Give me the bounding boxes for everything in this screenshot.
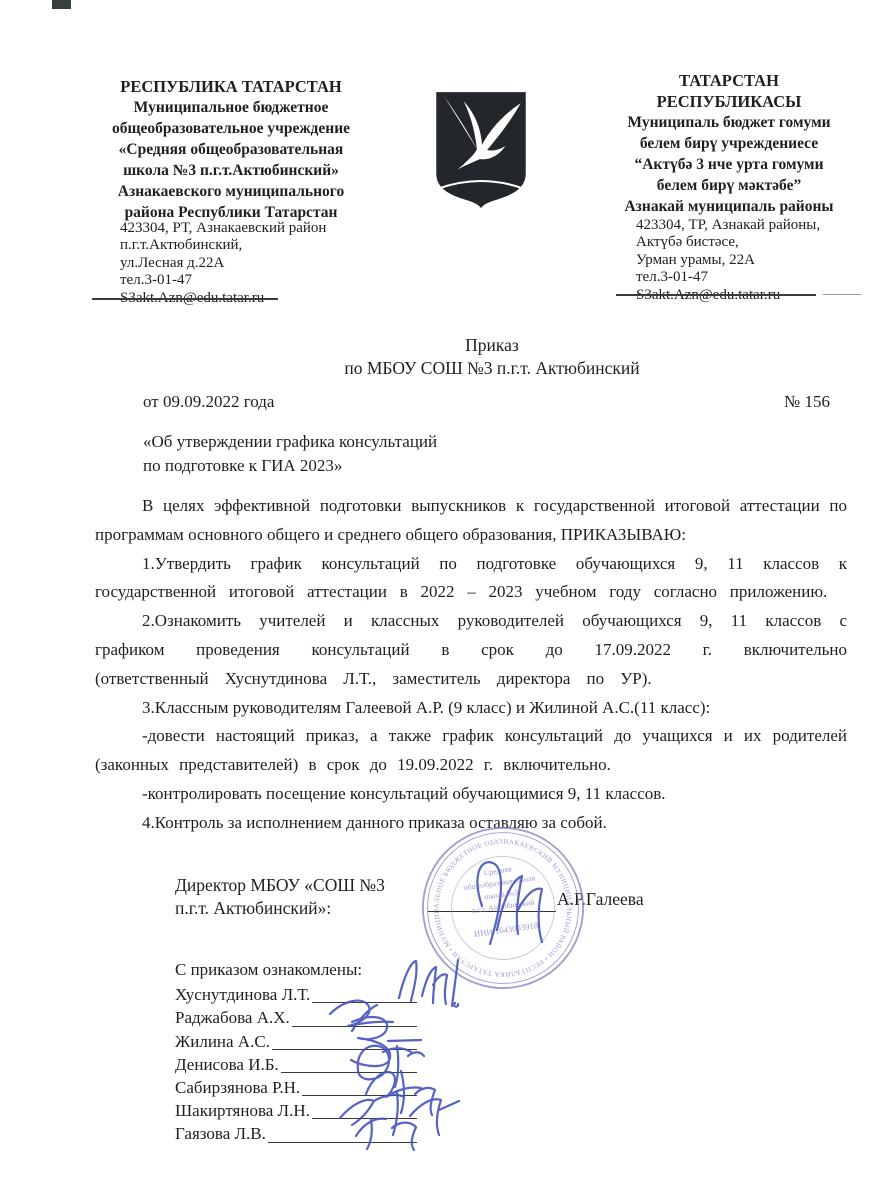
subject-line: по подготовке к ГИА 2023» — [143, 454, 437, 478]
acknowledgment-row: Раджабова А.Х. — [175, 1006, 417, 1029]
acknowledgment-row: Хуснутдинова Л.Т. — [175, 983, 417, 1006]
acknowledgment-row: Жилина А.С. — [175, 1030, 417, 1053]
contact-line: Актүбә бистәсе, — [636, 234, 866, 251]
letterhead-line: Муниципаль бюджет гомуми — [596, 112, 862, 133]
acknowledgment-block: С приказом ознакомлены: Хуснутдинова Л.Т… — [175, 958, 417, 1146]
person-name: Гаязова Л.В. — [175, 1122, 266, 1145]
order-paragraph: В целях эффективной подготовки выпускник… — [95, 492, 847, 550]
letterhead-line: школа №3 п.г.т.Актюбинский» — [95, 160, 367, 181]
letterhead-line: белем бирү учреждениесе — [596, 133, 862, 154]
acknowledgment-row: Шакиртянова Л.Н. — [175, 1099, 417, 1122]
letterhead-line: Азнакай муниципаль районы — [596, 196, 862, 217]
divider-line — [92, 298, 278, 300]
letterhead-russian: РЕСПУБЛИКА ТАТАРСТАН Муниципальное бюдже… — [95, 76, 367, 223]
stamp-text-line: п.г.т. Актюбинский — [471, 898, 535, 916]
divider-line — [823, 294, 861, 295]
contact-line: тел.3-01-47 — [636, 269, 866, 286]
signature-line — [281, 1072, 417, 1073]
order-number: № 156 — [784, 392, 845, 412]
letterhead-line: Азнакаевского муниципального — [95, 181, 367, 202]
letterhead-line: общеобразовательное учреждение — [95, 118, 367, 139]
acknowledgment-title: С приказом ознакомлены: — [175, 958, 417, 981]
signature-line — [302, 1095, 417, 1096]
contact-line: ул.Лесная д.22А — [120, 255, 380, 272]
divider-line — [616, 294, 816, 296]
director-title-line: п.г.т. Актюбинский»: — [175, 897, 385, 920]
order-paragraph: 1.Утвердить график консультаций по подго… — [95, 550, 847, 608]
stamp-text-line: школа №3 — [484, 888, 519, 902]
title-line: Приказ — [95, 334, 872, 357]
letterhead-line: РЕСПУБЛИКАСЫ — [596, 91, 862, 112]
order-paragraph: -контролировать посещение консультаций о… — [95, 780, 847, 809]
letterhead-tatar: ТАТАРСТАН РЕСПУБЛИКАСЫ Муниципаль бюджет… — [596, 70, 862, 217]
title-line: по МБОУ СОШ №3 п.г.т. Актюбинский — [95, 357, 872, 380]
person-name: Жилина А.С. — [175, 1030, 270, 1053]
order-subject: «Об утверждении графика консультаций по … — [143, 430, 437, 478]
person-name: Денисова И.Б. — [175, 1053, 279, 1076]
letterhead-line: белем бирү мәктәбе” — [596, 175, 862, 196]
letterhead-line: “Актүбә 3 нче урта гомуми — [596, 154, 862, 175]
person-name: Раджабова А.Х. — [175, 1006, 290, 1029]
acknowledgment-row: Денисова И.Б. — [175, 1053, 417, 1076]
order-date: от 09.09.2022 года — [95, 392, 274, 412]
contact-line: 423304, ТР, Азнакай районы, — [636, 217, 866, 234]
contact-line: Урман урамы, 22А — [636, 252, 866, 269]
contact-line: п.г.т.Актюбинский, — [120, 237, 380, 254]
acknowledgment-row: Гаязова Л.В. — [175, 1122, 417, 1145]
scanned-order-document: РЕСПУБЛИКА ТАТАРСТАН Муниципальное бюдже… — [0, 0, 872, 1200]
school-round-stamp: АЗНАКАЕВСКИЙ МУНИЦИПАЛЬНЫЙ РАЙОН • РЕСПУ… — [399, 804, 607, 1012]
bird-shield-emblem-icon — [430, 88, 532, 210]
contact-line: 423304, РТ, Азнакаевский район — [120, 220, 380, 237]
director-title: Директор МБОУ «СОШ №3 п.г.т. Актюбинский… — [175, 874, 385, 920]
stamp-inn: ИНН 1643003918 — [473, 920, 539, 939]
order-paragraph: 2.Ознакомить учителей и классных руковод… — [95, 607, 847, 693]
letterhead-line: ТАТАРСТАН — [596, 70, 862, 91]
contact-block-right: 423304, ТР, Азнакай районы, Актүбә бистә… — [636, 217, 866, 304]
document-title: Приказ по МБОУ СОШ №3 п.г.т. Актюбинский — [95, 334, 872, 380]
letterhead-line: «Средняя общеобразовательная — [95, 139, 367, 160]
letterhead-line: Муниципальное бюджетное — [95, 97, 367, 118]
order-body: В целях эффективной подготовки выпускник… — [95, 492, 847, 838]
order-paragraph: 3.Классным руководителям Галеевой А.Р. (… — [95, 694, 847, 723]
signature-line — [272, 1049, 417, 1050]
order-meta: от 09.09.2022 года № 156 — [95, 392, 845, 412]
signature-line — [268, 1142, 417, 1143]
signature-line — [312, 1002, 417, 1003]
acknowledgment-row: Сабирзянова Р.Н. — [175, 1076, 417, 1099]
director-title-line: Директор МБОУ «СОШ №3 — [175, 874, 385, 897]
person-name: Шакиртянова Л.Н. — [175, 1099, 310, 1122]
person-name: Сабирзянова Р.Н. — [175, 1076, 300, 1099]
stamp-text-line: Средняя — [483, 864, 512, 877]
scan-artifact — [52, 0, 71, 9]
subject-line: «Об утверждении графика консультаций — [143, 430, 437, 454]
signature-line — [312, 1118, 417, 1119]
order-paragraph: -довести настоящий приказ, а также графи… — [95, 722, 847, 780]
person-name: Хуснутдинова Л.Т. — [175, 983, 310, 1006]
contact-line: тел.3-01-47 — [120, 272, 380, 289]
contact-block-left: 423304, РТ, Азнакаевский район п.г.т.Акт… — [120, 220, 380, 307]
signature-line — [292, 1026, 417, 1027]
letterhead-line: РЕСПУБЛИКА ТАТАРСТАН — [95, 76, 367, 97]
